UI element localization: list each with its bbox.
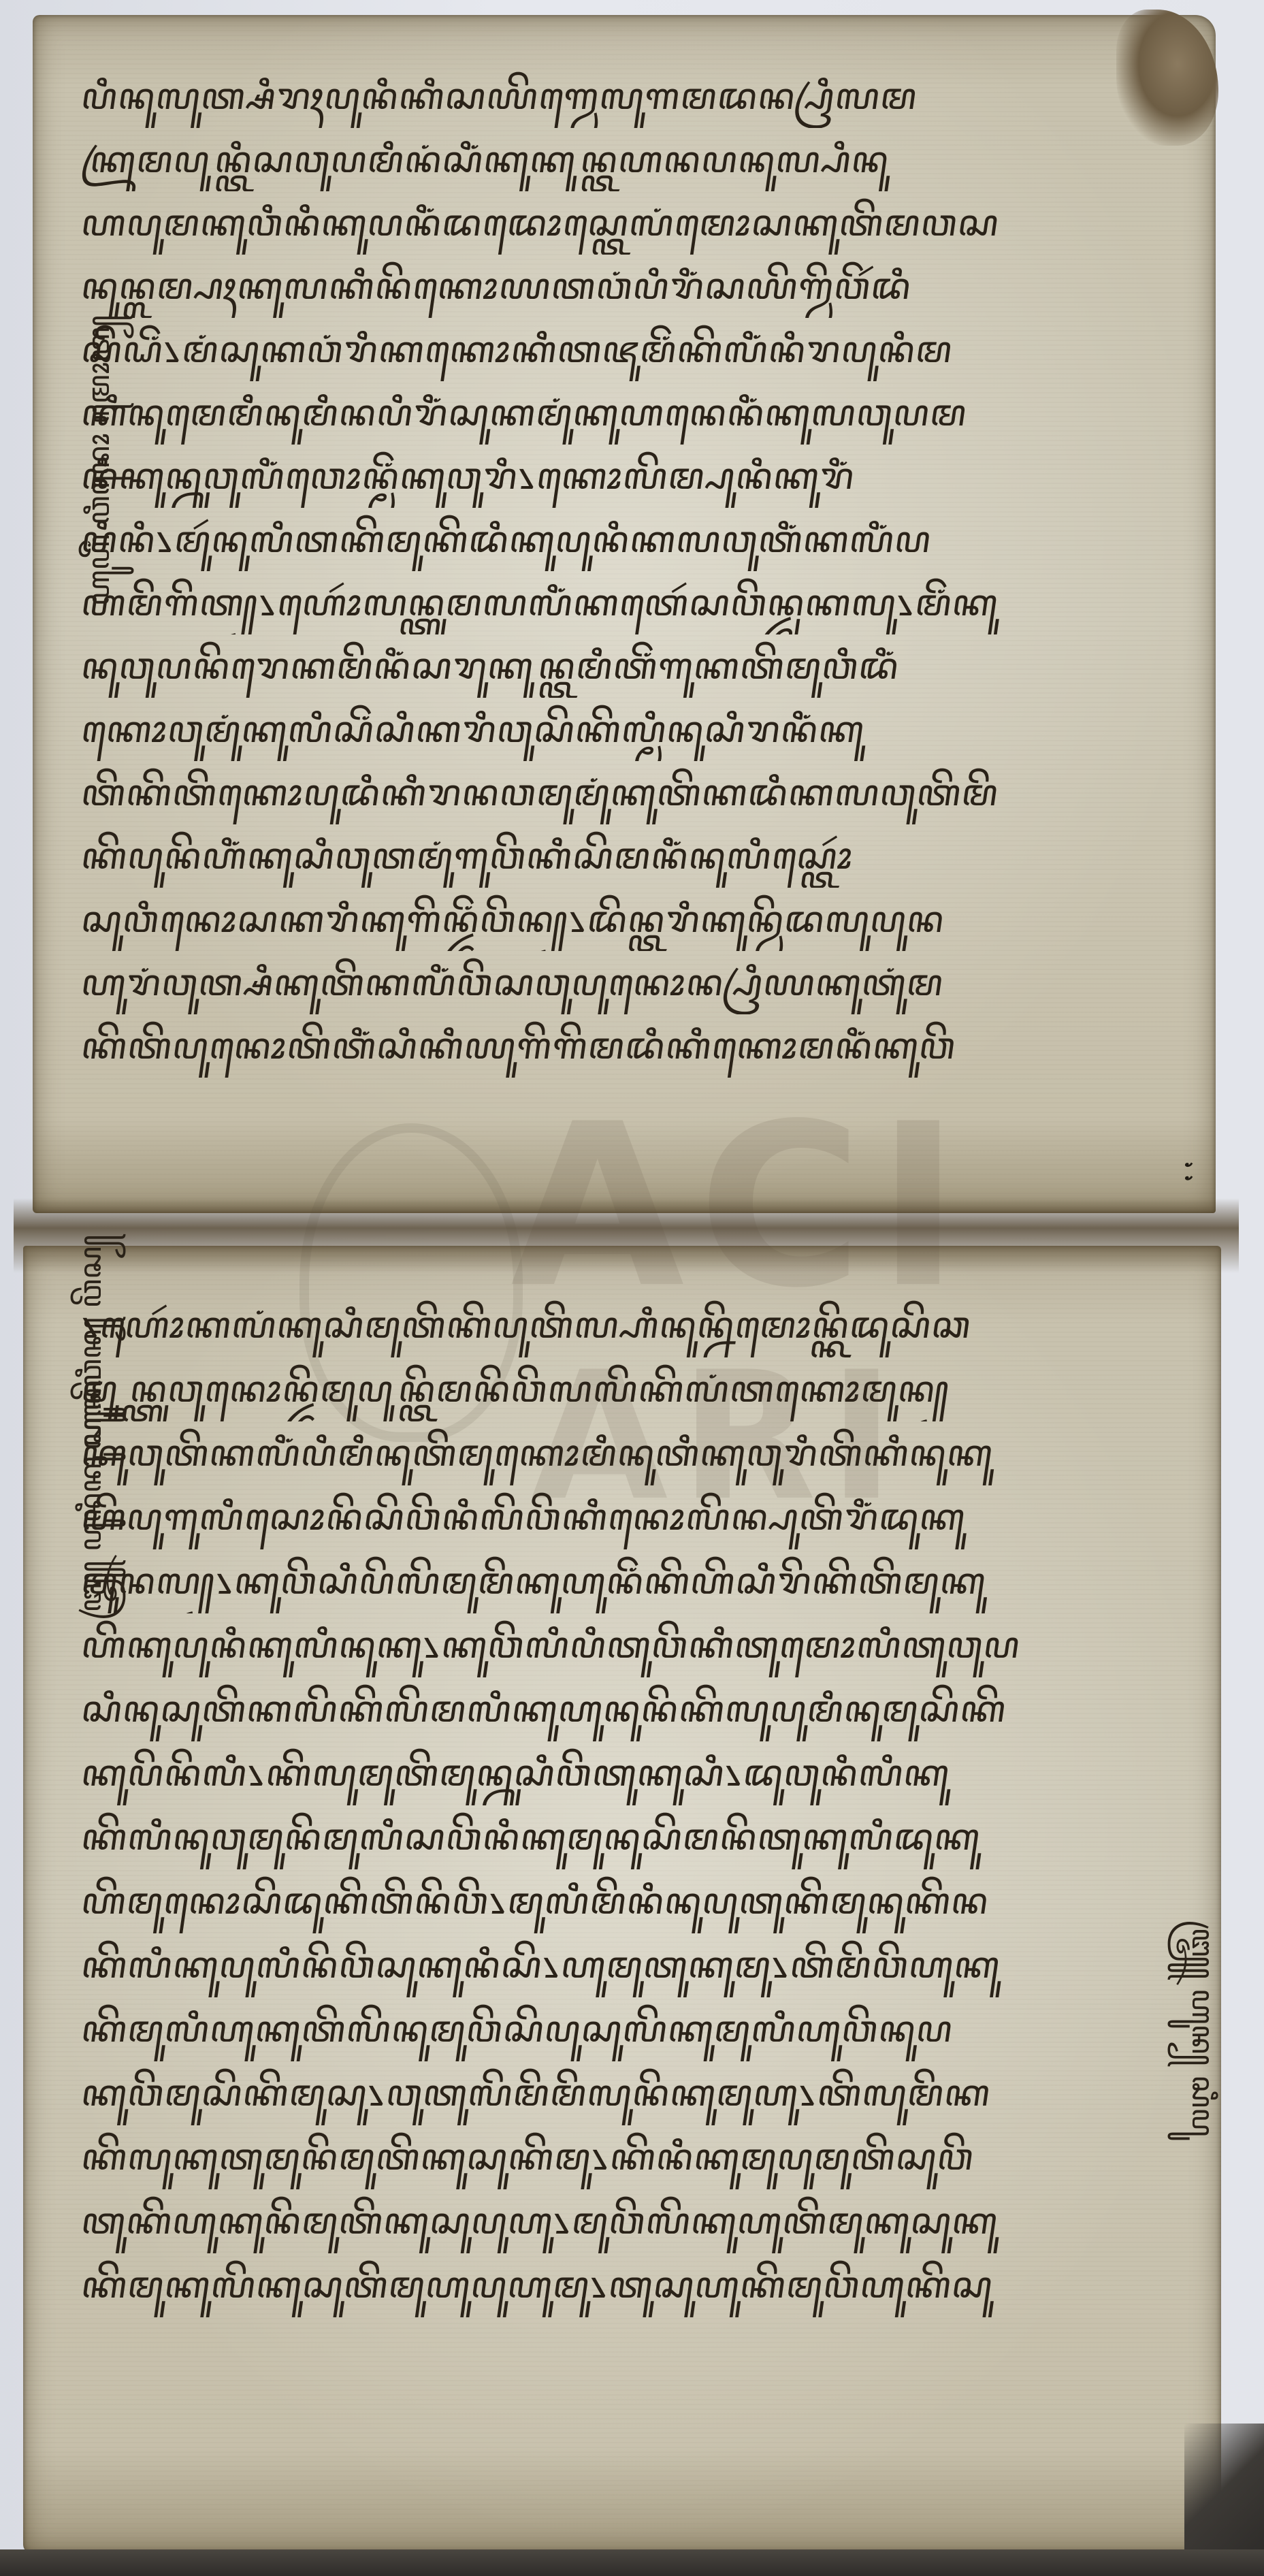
page-fold-shadow (14, 1198, 1239, 1273)
manuscript-line: ꦏꦶꦤꦸꦩꦺꦩꦶꦤꦸꦩꦶꦤꦥꦶꦫꦶꦁꦱꦸꦏꦩꦸꦁꦏꦸꦲꦤꦺꦤꦶꦁꦏꦸꦭꦮꦸꦥꦩ (77, 381, 1202, 445)
manuscript-line: ꦲꦼꦥꦸꦒꦸꦭꦶꦱꦺꦴꦤꦼꦱꦼꦮꦼꦤꦶꦭꦼꦮꦼꦏꦶꦤꦺꦴꦭꦼꦤ꧀ꦥꦸꦠꦼꦫꦶꦁꦢ… (77, 1485, 1202, 1549)
manuscript-line: ꦲꦥꦸꦩꦏꦸꦮꦶꦤꦶꦏꦸꦥꦤꦶꦁꦢꦢꦺꦴꦱ꧀ꦠꦺꦭꦁꦩꦺꦴꦱꦏꦸꦠꦼꦩꦮꦱ (77, 191, 1202, 255)
manuscript-line: ꧈ꦲꦺꦴꦂꦏꦭꦁꦏꦸꦱꦶꦩꦸꦠꦼꦏꦼꦥꦸꦠꦼꦭ꧀ꦲꦶꦤꦸꦤ꧀ꦤꦼꦩꦺꦴꦤ꧀ꦏꦼꦢ… (77, 1293, 1202, 1357)
margin-note-lower-left-2: ꧅ ꦥꦸꦤꦶꦏꦸ ꦲꦸꦏꦼ (68, 1374, 129, 1620)
manuscript-line: ꦏꦸꦮꦼꦩꦸꦱꦼꦏꦼꦩꦸꦱꦸ꧈ꦮꦸꦠꦸꦭꦼꦩꦼꦩꦼꦭꦸꦤꦼꦏꦸꦩꦸꦲꦸ꧈ꦠꦼꦭꦸ… (77, 2061, 1202, 2125)
manuscript-line: ꦥꦶꦤꦸꦭꦸꦠ꧀ꦱꦶꦫꦃꦥꦸꦤꦶꦏꦶꦱꦪꦼꦒ꧀ꦮꦺꦭꦸꦒꦩꦢꦤ꧀ꦥꦿꦶꦭꦩ (77, 65, 1202, 128)
manuscript-line: ꦩꦸꦤꦭ꧀꧈ꦏꦸꦮꦼꦱꦶꦥꦼꦭꦼꦩꦸꦩꦼꦏꦸꦲꦸꦤꦼꦁꦏꦼꦲꦼꦱꦶꦫꦼꦏꦼꦠꦼꦩ… (77, 1549, 1202, 1613)
manuscript-line: ꦲꦼꦩꦸꦤꦺꦴꦱꦼꦢꦸꦏꦼꦠꦼꦤꦼꦮꦼ꧈ꦩꦸꦭꦶꦩꦼꦤꦶꦤꦸꦥꦸꦠꦸꦏꦼꦩꦸꦤꦸ… (77, 1869, 1202, 1933)
margin-note-lower-right: ꧄ ꦲꦸꦤ꧀ ꦱꦶꦥꦸ (1165, 1920, 1225, 2137)
manuscript-line: ꦲꦩꦼꦒꦼꦠ꧀꧈ꦲꦺꦴꦂꦭꦤ꧀ꦠꦸꦩꦭꦭꦶꦁꦏꦠꦺꦂꦱꦮꦼꦤ꧀ꦢꦸꦏꦭꦸ꧈ꦩꦼꦁ… (77, 571, 1202, 634)
manuscript-line: ꦏꦼꦭꦸꦏꦸꦠꦸꦩꦸꦤꦼꦩꦸꦠꦼꦏꦸꦱꦸꦏꦼꦩꦸ꧈ꦏꦼꦤꦶꦏꦸꦩꦸꦥꦸꦩꦸꦠꦼꦱ… (77, 2125, 1202, 2189)
manuscript-line: ꦏꦼꦠꦼꦥꦸꦤꦺꦴꦠꦼꦠꦶꦁꦱꦶꦏꦶꦪꦸꦒꦼꦒꦼꦩꦢꦶꦏꦶꦏꦺꦴꦩꦤꦶꦁꦏꦸꦮꦼ (77, 1014, 1202, 1078)
manuscript-line: ꦏꦼꦥꦸꦤꦼꦲꦶꦁꦏꦸꦱꦶꦮꦸꦠꦩꦸꦁꦒꦸꦮꦼꦏꦶꦱꦼꦩꦤꦶꦁꦤꦸꦭꦶꦱ꧀ꦠꦺꦴ… (77, 824, 1202, 888)
margin-note-upper-left: ꦲꦸꦲꦼꦁ ꦮꦶꦤꦺꦴ ꦩꦺꦴꦠ꧀ (76, 315, 137, 606)
manuscript-line: ꦩꦸꦤ꧀ꦠꦸꦮꦸꦤꦺꦴꦤ꧀ꦢꦼꦩꦸꦥꦸꦤ꧀ꦠꦼꦩꦤꦼꦮꦼꦭꦭꦼꦏꦼꦭꦁꦠꦏꦺꦴꦩ… (77, 1357, 1202, 1421)
manuscript-line: ꦏꦸꦮꦸꦠꦼꦏꦭꦶꦁꦥꦶꦩꦶꦤꦸꦠꦼꦩꦸꦏꦺꦴꦩꦶꦤꦸꦠꦶꦏꦸꦮꦸꦫꦶꦠꦼꦏꦶꦤ… (77, 1421, 1202, 1485)
upper-page-text: ꦥꦶꦤꦸꦭꦸꦠ꧀ꦱꦶꦫꦃꦥꦸꦤꦶꦏꦶꦱꦪꦼꦒ꧀ꦮꦺꦭꦸꦒꦩꦢꦤ꧀ꦥꦿꦶꦭꦩ ꦏꦿ… (82, 65, 1198, 1078)
manuscript-line: ꦤꦸꦮꦸꦥꦤꦼꦫꦺꦏꦩꦼꦤꦶꦁꦱꦫꦸꦏꦸꦤ꧀ꦠꦩꦶꦠꦼꦁꦒꦸꦏꦠꦼꦩꦸꦮꦶꦢꦶꦁ (77, 634, 1202, 698)
manuscript-line: ꦱꦶꦤꦸꦱꦸꦠꦼꦏꦭꦼꦏꦼꦭꦼꦩꦭꦶꦏꦸꦲꦸꦤꦸꦤꦼꦏꦼꦭꦸꦥꦸꦩꦶꦤꦸꦩꦸꦱꦼ… (77, 1677, 1202, 1741)
manuscript-line: ꦏꦿꦸꦩꦥꦸꦤ꧀ꦠꦶꦱꦮꦸꦥꦩꦶꦤꦁꦱꦶꦁꦏꦸꦏꦸꦤ꧀ꦠꦲꦤꦥꦤꦸꦭ꧀ꦥꦶꦤꦸ (77, 128, 1202, 191)
manuscript-line: ꦤꦸꦤ꧀ꦭꦩ꧀ꦥꦃꦏꦸꦭꦏꦶꦤꦼꦏꦺꦴꦪꦠꦮꦁꦥꦶꦫꦶꦁꦱꦪꦼꦒ꧀ꦮꦼꦮꦼꦂꦢꦶ (77, 255, 1202, 318)
manuscript-line: ꦲꦼꦏꦸꦥꦸꦤꦶꦏꦸꦭꦶꦤꦸꦏꦸ꧈ꦏꦸꦮꦼꦭꦶꦥꦶꦠꦸꦮꦼꦏꦶꦠꦸꦩꦺꦴꦭꦶꦠꦸ… (77, 1613, 1202, 1677)
manuscript-line: ꦠꦸꦏꦼꦲꦸꦏꦸꦤꦼꦩꦸꦠꦼꦏꦸꦱꦸꦥꦸꦲꦸ꧈ꦩꦸꦮꦼꦭꦼꦏꦸꦲꦸꦠꦼꦩꦸꦏꦸꦱ… (77, 2189, 1202, 2253)
manuscript-line: ꦱꦼꦝꦼꦁ꧈ꦩꦁꦱꦸꦏꦮꦁꦫꦶꦏꦏꦺꦴꦏꦶꦠꦗꦸꦩꦼꦁꦏꦼꦭꦶꦁꦤꦶꦫꦥꦸꦤꦶꦩ (77, 318, 1202, 381)
bottom-shadow (0, 2549, 1264, 2576)
manuscript-line: ꦏꦸꦥꦼꦤꦼꦭꦶ꧈ꦏꦼꦭꦸꦩꦸꦠꦼꦩꦸꦤ꧀ꦤꦸꦱꦶꦮꦼꦠꦸꦏꦸꦱꦶ꧈ꦢꦸꦮꦸꦤꦶ… (77, 1741, 1202, 1805)
manuscript-line: ꦏꦺꦴꦮꦸꦩꦸꦁꦏꦸꦭꦶꦱꦼꦁꦱꦶꦏꦫꦶꦮꦸꦱꦼꦏꦼꦭ꧀ꦩꦶꦤꦸꦱꦶꦫꦤꦶꦁꦏꦸ (77, 698, 1202, 761)
manuscript-line: ꦤꦶꦏꦸꦤ꧀ꦤꦸꦮꦸꦭꦶꦁꦮꦺꦴꦤ꧀ꦩꦼꦁꦏꦸꦮꦸꦫꦶ꧈ꦏꦺꦴꦭꦼꦩ꧀ꦥꦸꦤꦶꦏ… (77, 445, 1202, 508)
page-mark: ꧇ (1183, 1137, 1194, 1220)
manuscript-line: ꦏꦼꦭꦶꦏꦸꦥꦸꦭꦶꦤꦼꦮꦼꦱꦸꦏꦸꦤꦶꦱꦼ꧈ꦲꦸꦩꦸꦠꦸꦏꦸꦩꦸ꧈ꦠꦼꦩꦼꦮꦼ… (77, 1933, 1202, 1997)
manuscript-line: ꦠꦼꦏꦼꦠꦼꦏꦺꦴꦥꦸꦢꦶꦏꦶꦫꦤꦮꦩꦸꦩꦸꦁꦏꦸꦠꦼꦏꦢꦶꦏꦭꦮꦸꦠꦼꦩꦼ (77, 761, 1202, 824)
manuscript-line: ꦱꦸꦮꦶꦤꦺꦴꦱꦏꦫꦶꦏꦸꦒꦼꦤ꧀ꦢꦼꦁꦮꦼꦤ꧀꧈ꦢꦼꦤ꧀ꦠꦫꦶꦏꦸꦤ꧀ꦮꦼꦢꦭ… (77, 888, 1202, 951)
manuscript-line: ꦏꦼꦩꦸꦏꦸꦭꦼꦏꦸꦱꦸꦠꦼꦩꦸꦲꦸꦥꦸꦲꦸꦩꦸ꧈ꦠꦸꦱꦸꦲꦸꦏꦼꦩꦸꦮꦼꦲꦸꦏ… (77, 2253, 1202, 2317)
manuscript-line: ꦥꦶꦤꦶ꧈ꦩꦸꦂꦤꦸꦭꦶꦠꦏꦼꦩꦸꦏꦼꦢꦶꦏꦸꦥꦸꦤꦶꦏꦭꦮꦸꦠꦶꦁꦏꦭꦶꦁꦥ (77, 508, 1202, 571)
lower-page-text: ꧈ꦲꦺꦴꦂꦏꦭꦁꦏꦸꦱꦶꦩꦸꦠꦼꦏꦼꦥꦸꦠꦼꦭ꧀ꦲꦶꦤꦸꦤ꧀ꦤꦼꦩꦺꦴꦤ꧀ꦏꦼꦢ… (82, 1293, 1198, 2317)
manuscript-line: ꦏꦼꦭꦶꦤꦸꦮꦸꦩꦸꦤꦼꦩꦸꦭꦶꦱꦮꦼꦤꦶꦏꦸꦩꦸꦤꦸꦱꦼꦩꦤꦼꦠꦸꦏꦸꦭꦶꦢꦸ… (77, 1805, 1202, 1869)
manuscript-line: ꦲꦸꦫꦁꦮꦸꦠ꧀ꦱꦶꦏꦸꦠꦼꦏꦭꦶꦁꦮꦼꦱꦮꦸꦥꦸꦤꦺꦴꦤ꧀ꦥꦿꦶꦪꦏꦸꦠꦸꦁꦩ (77, 951, 1202, 1014)
manuscript-line: ꦏꦼꦩꦸꦭꦶꦲꦸꦏꦸꦠꦼꦭꦼꦤꦸꦩꦸꦮꦼꦱꦼꦥꦸꦱꦸꦭꦼꦏꦸꦩꦸꦭꦶꦲꦸꦮꦼꦤꦸ… (77, 1997, 1202, 2061)
